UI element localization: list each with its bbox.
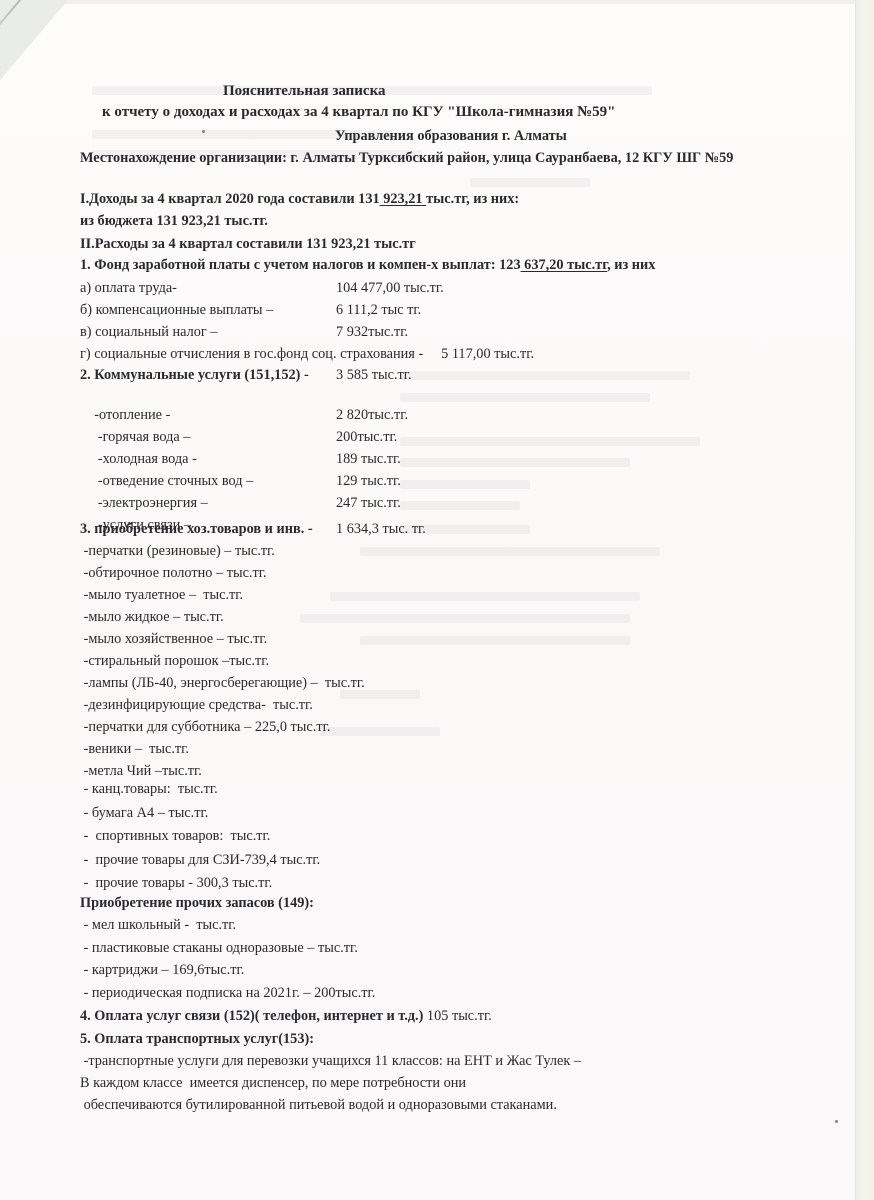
page-right-edge bbox=[855, 0, 874, 1200]
transport-line: обеспечиваются бутилированной питьевой в… bbox=[80, 1096, 557, 1114]
other-supplies-heading: Приобретение прочих запасов (149): bbox=[80, 894, 314, 912]
household-item: - канц.товары: тыс.тг. bbox=[80, 780, 218, 798]
supply-item: - периодическая подписка на 2021г. – 200… bbox=[80, 984, 375, 1002]
communications-heading: 4. Оплата услуг связи (152)( телефон, ин… bbox=[80, 1008, 423, 1024]
household-item: -метла Чий –тыс.тг. bbox=[80, 762, 202, 780]
household-item: - спортивных товаров: тыс.тг. bbox=[80, 827, 270, 845]
scan-speck bbox=[835, 1120, 838, 1123]
household-heading-value: 1 634,3 тыс. тг. bbox=[336, 520, 426, 538]
document-title: Пояснительная записка bbox=[223, 82, 386, 100]
payroll-item: в) социальный налог – 7 932тыс.тг. bbox=[80, 323, 600, 341]
income-prefix: I.Доходы за 4 квартал 2020 года составил… bbox=[80, 191, 380, 207]
household-item: -лампы (ЛБ-40, энергосберегающие) – тыс.… bbox=[80, 674, 365, 692]
household-item: -мыло туалетное – тыс.тг. bbox=[80, 586, 243, 604]
page-top-edge bbox=[60, 0, 856, 4]
payroll-item-label: а) оплата труда- bbox=[80, 280, 177, 296]
payroll-item-label: б) компенсационные выплаты – bbox=[80, 302, 273, 318]
utilities-heading-value: 3 585 тыс.тг. bbox=[336, 366, 412, 384]
location-line: Местонахождение организации: г. Алматы Т… bbox=[80, 149, 733, 167]
transport-line: В каждом классе имеется диспенсер, по ме… bbox=[80, 1074, 466, 1092]
supply-item: - картриджи – 169,6тыс.тг. bbox=[80, 961, 244, 979]
household-item: -перчатки (резиновые) – тыс.тг. bbox=[80, 542, 275, 560]
transport-line: -транспортные услуги для перевозки учащи… bbox=[80, 1052, 581, 1070]
household-item: - бумага А4 – тыс.тг. bbox=[80, 804, 208, 822]
payroll-heading-suffix: , из них bbox=[607, 257, 655, 273]
payroll-item-value: 7 932тыс.тг. bbox=[336, 323, 408, 341]
household-item: -веники – тыс.тг. bbox=[80, 740, 189, 758]
payroll-heading-prefix: 1. Фонд заработной платы с учетом налого… bbox=[80, 257, 521, 273]
payroll-item: б) компенсационные выплаты – 6 111,2 тыс… bbox=[80, 301, 600, 319]
supply-item: - пластиковые стаканы одноразовые – тыс.… bbox=[80, 939, 358, 957]
household-item: -дезинфицирующие средства- тыс.тг. bbox=[80, 696, 313, 714]
household-heading-label: 3. приобретение хоз.товаров и инв. - bbox=[80, 521, 313, 537]
household-item: - прочие товары - 300,3 тыс.тг. bbox=[80, 874, 272, 892]
expenses-total-line: II.Расходы за 4 квартал составили 131 92… bbox=[80, 235, 416, 253]
household-item: -стиральный порошок –тыс.тг. bbox=[80, 652, 269, 670]
department-line: Управления образования г. Алматы bbox=[335, 127, 567, 145]
payroll-item-value: 104 477,00 тыс.тг. bbox=[336, 279, 444, 297]
supply-item: - мел школьный - тыс.тг. bbox=[80, 916, 236, 934]
payroll-item-value: 6 111,2 тыс тг. bbox=[336, 301, 421, 319]
scan-speck bbox=[202, 130, 205, 133]
utilities-heading-label: 2. Коммунальные услуги (151,152) - bbox=[80, 367, 309, 383]
communications-line: 4. Оплата услуг связи (152)( телефон, ин… bbox=[80, 1007, 492, 1025]
household-item: -перчатки для субботника – 225,0 тыс.тг. bbox=[80, 718, 330, 736]
payroll-item: а) оплата труда- 104 477,00 тыс.тг. bbox=[80, 279, 600, 297]
transport-heading: 5. Оплата транспортных услуг(153): bbox=[80, 1030, 314, 1048]
household-heading: 3. приобретение хоз.товаров и инв. - 1 6… bbox=[80, 520, 600, 538]
household-item: -обтирочное полотно – тыс.тг. bbox=[80, 564, 267, 582]
income-total-line: I.Доходы за 4 квартал 2020 года составил… bbox=[80, 190, 519, 208]
income-amount: 923,21 bbox=[380, 191, 426, 207]
payroll-item-label: в) социальный налог – bbox=[80, 324, 217, 340]
utilities-heading: 2. Коммунальные услуги (151,152) - 3 585… bbox=[80, 366, 600, 384]
income-suffix: тыс.тг, из них: bbox=[426, 191, 519, 207]
social-insurance-line: г) социальные отчисления в гос.фонд соц.… bbox=[80, 345, 534, 363]
payroll-amount: 637,20 тыс.тг bbox=[521, 257, 607, 273]
household-item: -мыло хозяйственное – тыс.тг. bbox=[80, 630, 267, 648]
household-item: - прочие товары для СЗИ-739,4 тыс.тг. bbox=[80, 851, 320, 869]
payroll-heading: 1. Фонд заработной платы с учетом налого… bbox=[80, 256, 655, 274]
communications-value: 105 тыс.тг. bbox=[423, 1008, 491, 1024]
household-item: -мыло жидкое – тыс.тг. bbox=[80, 608, 224, 626]
document-subtitle: к отчету о доходах и расходах за 4 кварт… bbox=[102, 103, 615, 121]
income-budget-line: из бюджета 131 923,21 тыс.тг. bbox=[80, 212, 268, 230]
